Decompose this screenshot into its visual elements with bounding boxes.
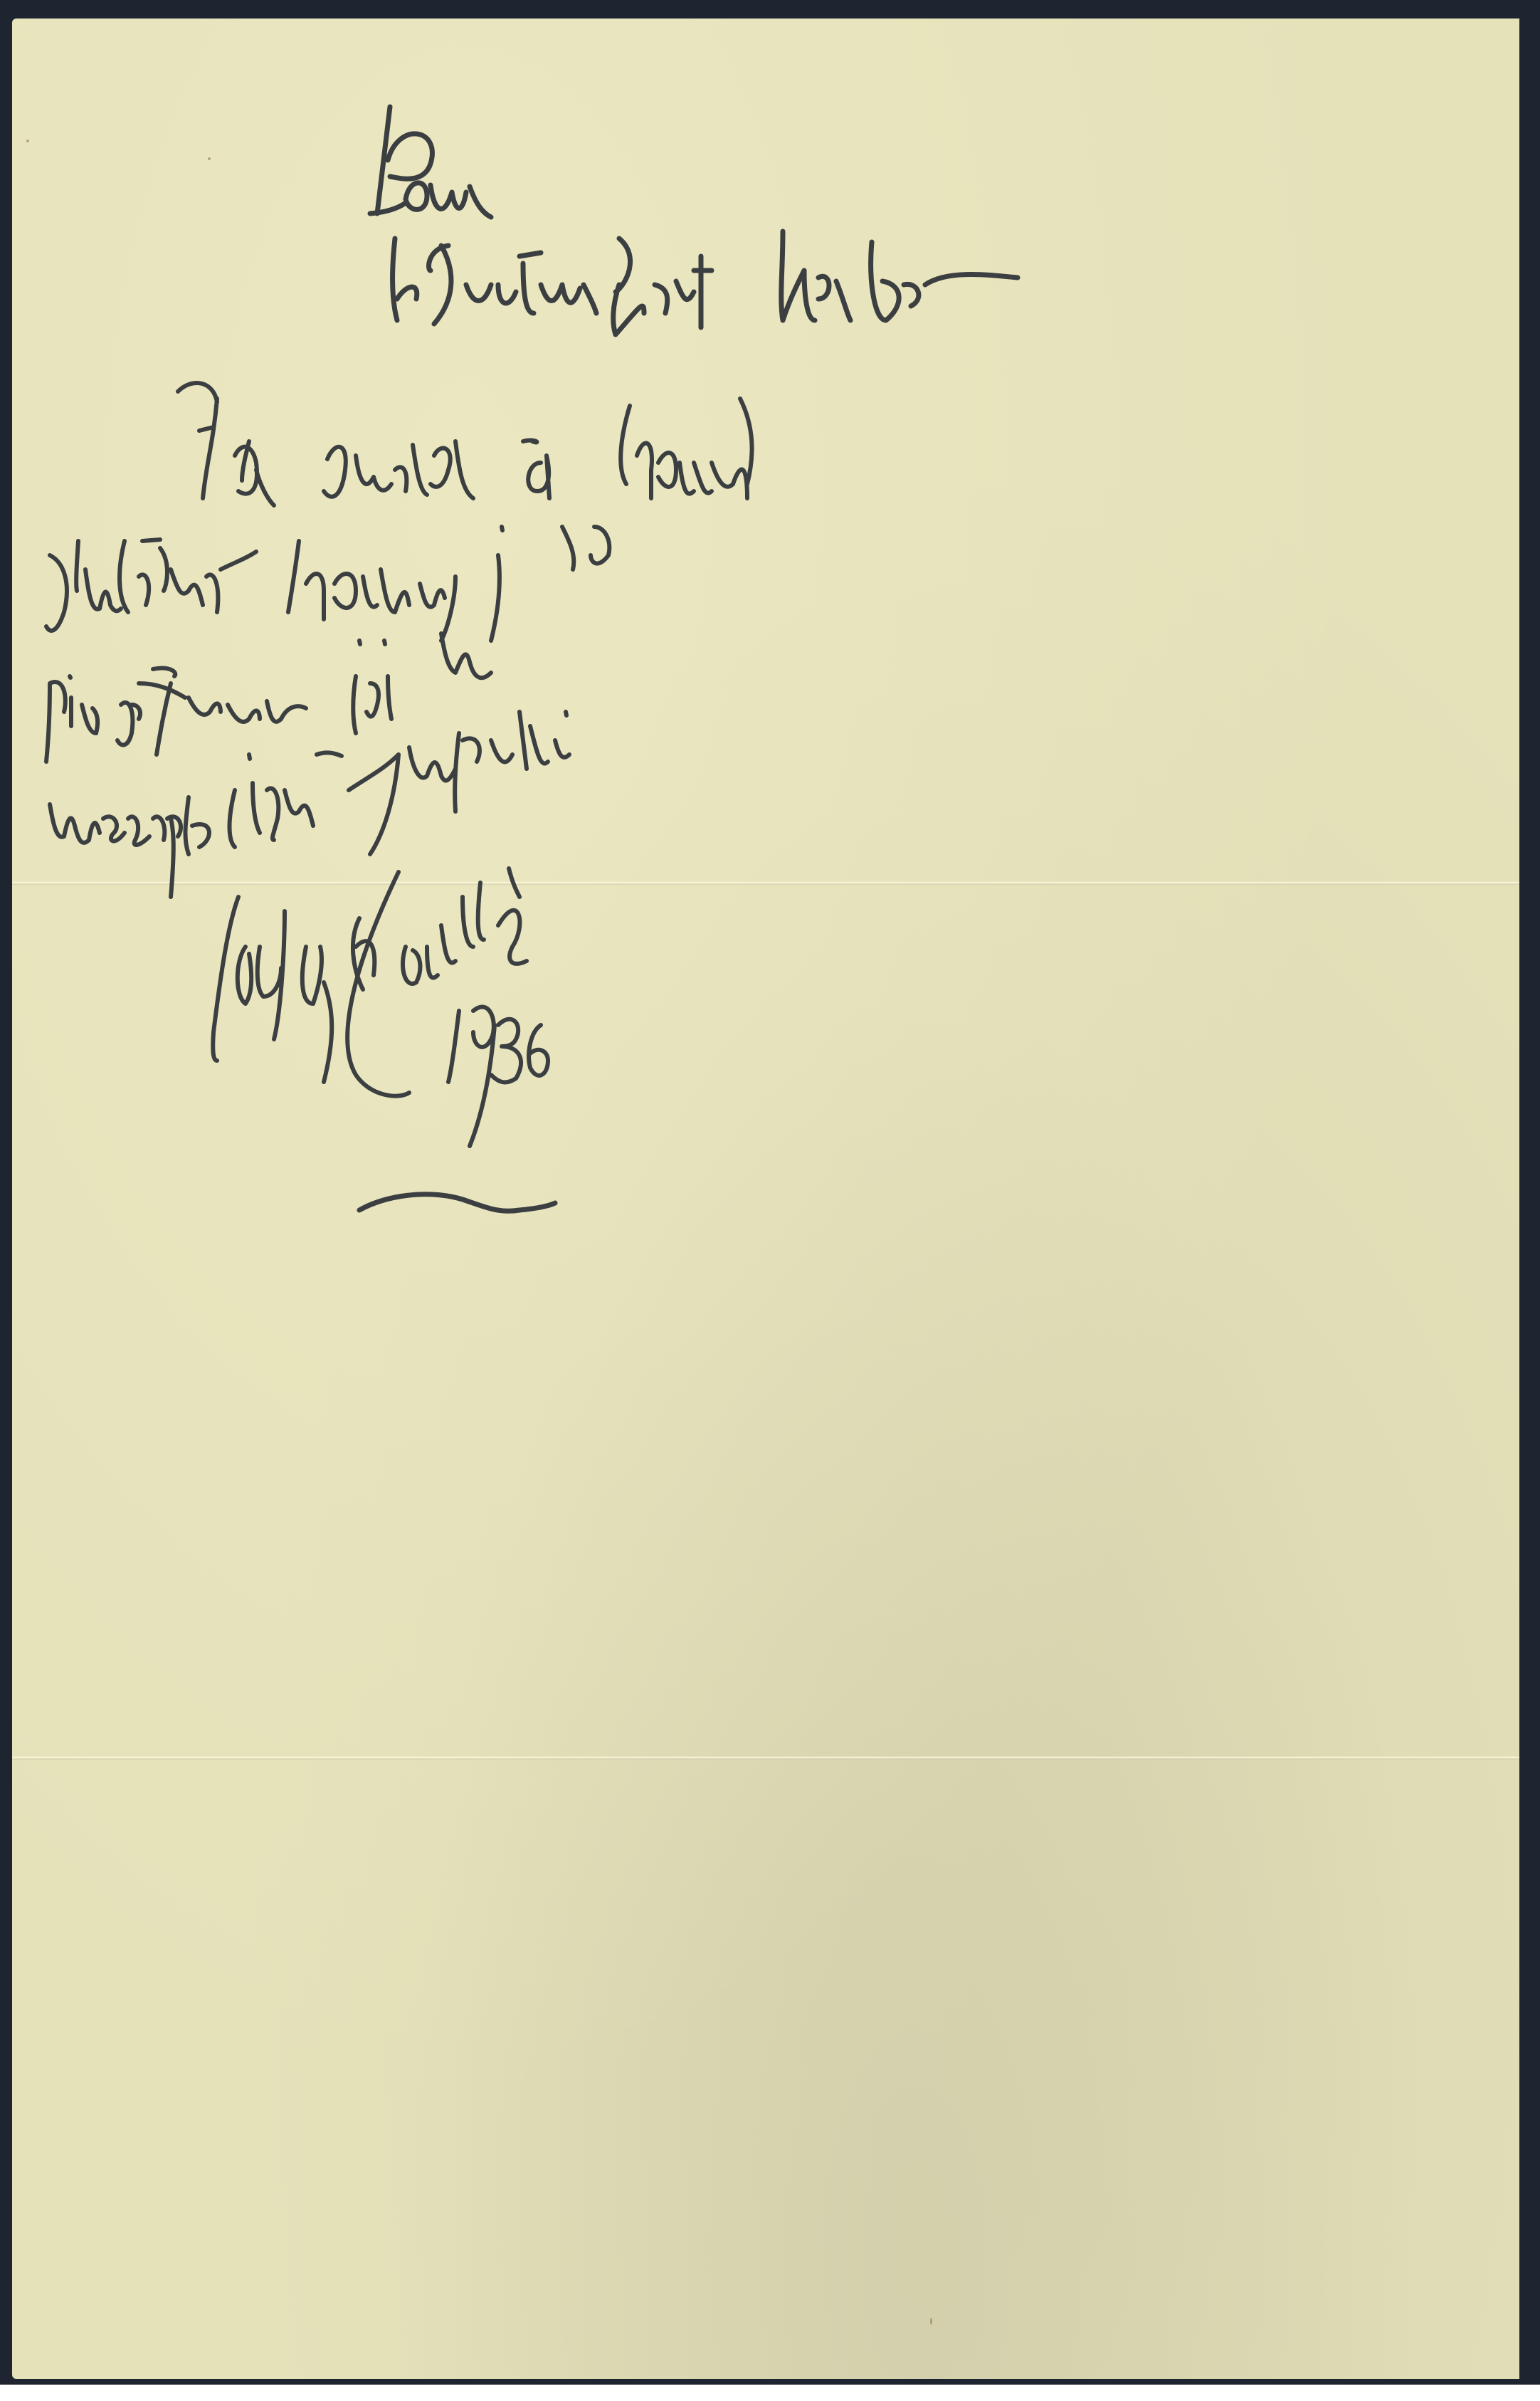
body-line-2-strokes [46,527,609,641]
signature-strokes [213,868,527,1096]
date-strokes [448,1007,548,1146]
body-line-3-strokes [46,634,491,762]
recipient-strokes [393,231,1018,335]
underline-flourish [359,1194,555,1212]
body-line-1-strokes [178,383,752,505]
salutation-strokes [370,107,491,217]
handwriting-strokes [0,0,1540,2401]
